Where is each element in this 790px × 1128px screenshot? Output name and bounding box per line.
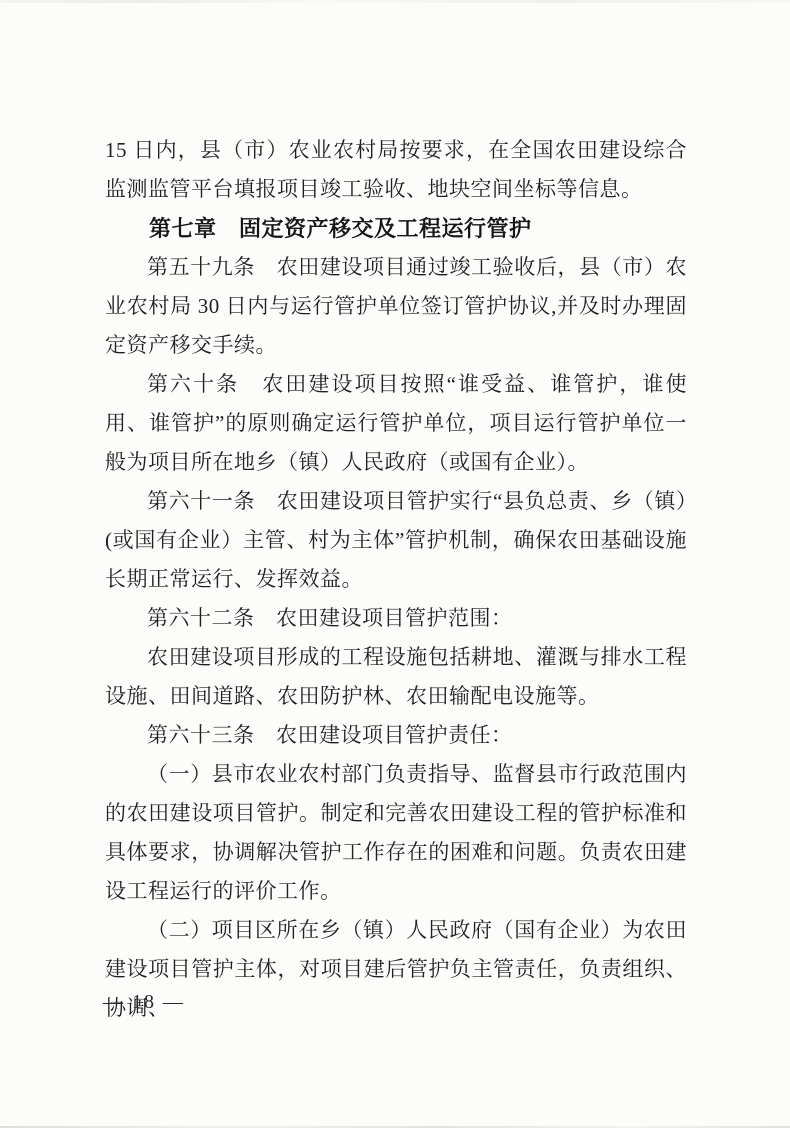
body-paragraph-continuation: 15 日内，县（市）农业农村局按要求，在全国农田建设综合监测监管平台填报项目竣工…	[105, 131, 687, 209]
document-page: 15 日内，县（市）农业农村局按要求，在全国农田建设综合监测监管平台填报项目竣工…	[105, 131, 687, 1028]
body-paragraph-article-60: 第六十条 农田建设项目按照“谁受益、谁管护，谁使用、谁管护”的原则确定运行管护单…	[105, 365, 687, 482]
body-paragraph-item-2: （二）项目区所在乡（镇）人民政府（国有企业）为农田建设项目管护主体，对项目建后管…	[105, 911, 687, 1028]
chapter-heading: 第七章 固定资产移交及工程运行管护	[105, 209, 687, 248]
body-paragraph-article-62: 第六十二条 农田建设项目管护范围：	[105, 599, 687, 638]
page-number: — 18 —	[103, 991, 185, 1014]
body-paragraph-article-61: 第六十一条 农田建设项目管护实行“县负总责、乡（镇）(或国有企业）主管、村为主体…	[105, 482, 687, 599]
body-paragraph-article-63: 第六十三条 农田建设项目管护责任：	[105, 716, 687, 755]
body-paragraph-scope: 农田建设项目形成的工程设施包括耕地、灌溉与排水工程设施、田间道路、农田防护林、农…	[105, 638, 687, 716]
scan-artifact-top-edge	[0, 0, 790, 3]
body-paragraph-article-59: 第五十九条 农田建设项目通过竣工验收后，县（市）农业农村局 30 日内与运行管护…	[105, 248, 687, 365]
body-paragraph-item-1: （一）县市农业农村部门负责指导、监督县市行政范围内的农田建设项目管护。制定和完善…	[105, 755, 687, 911]
